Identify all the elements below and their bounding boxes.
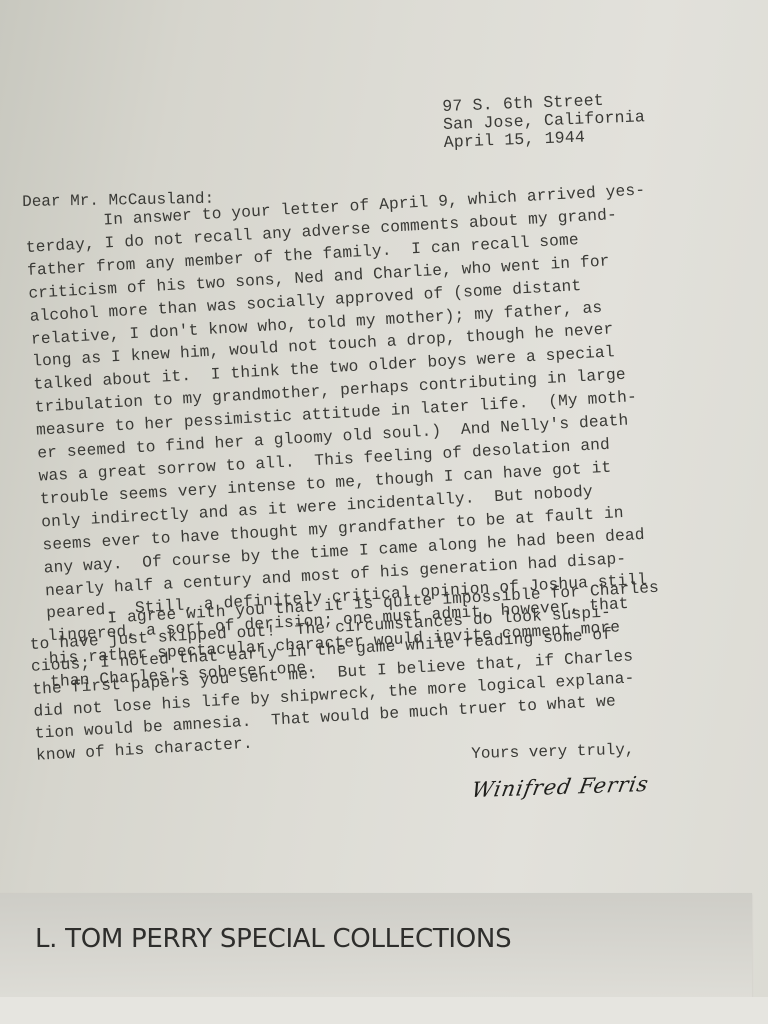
archive-label-strip: L. TOM PERRY SPECIAL COLLECTIONS	[0, 893, 752, 997]
archive-label: L. TOM PERRY SPECIAL COLLECTIONS	[35, 924, 511, 954]
paper-edge	[0, 997, 768, 1024]
signature: Winifred Ferris	[470, 772, 651, 802]
closing: Yours very truly,	[471, 741, 635, 763]
letter-page: 97 S. 6th Street San Jose, California Ap…	[0, 0, 768, 1024]
sender-address: 97 S. 6th Street San Jose, California Ap…	[442, 90, 646, 152]
